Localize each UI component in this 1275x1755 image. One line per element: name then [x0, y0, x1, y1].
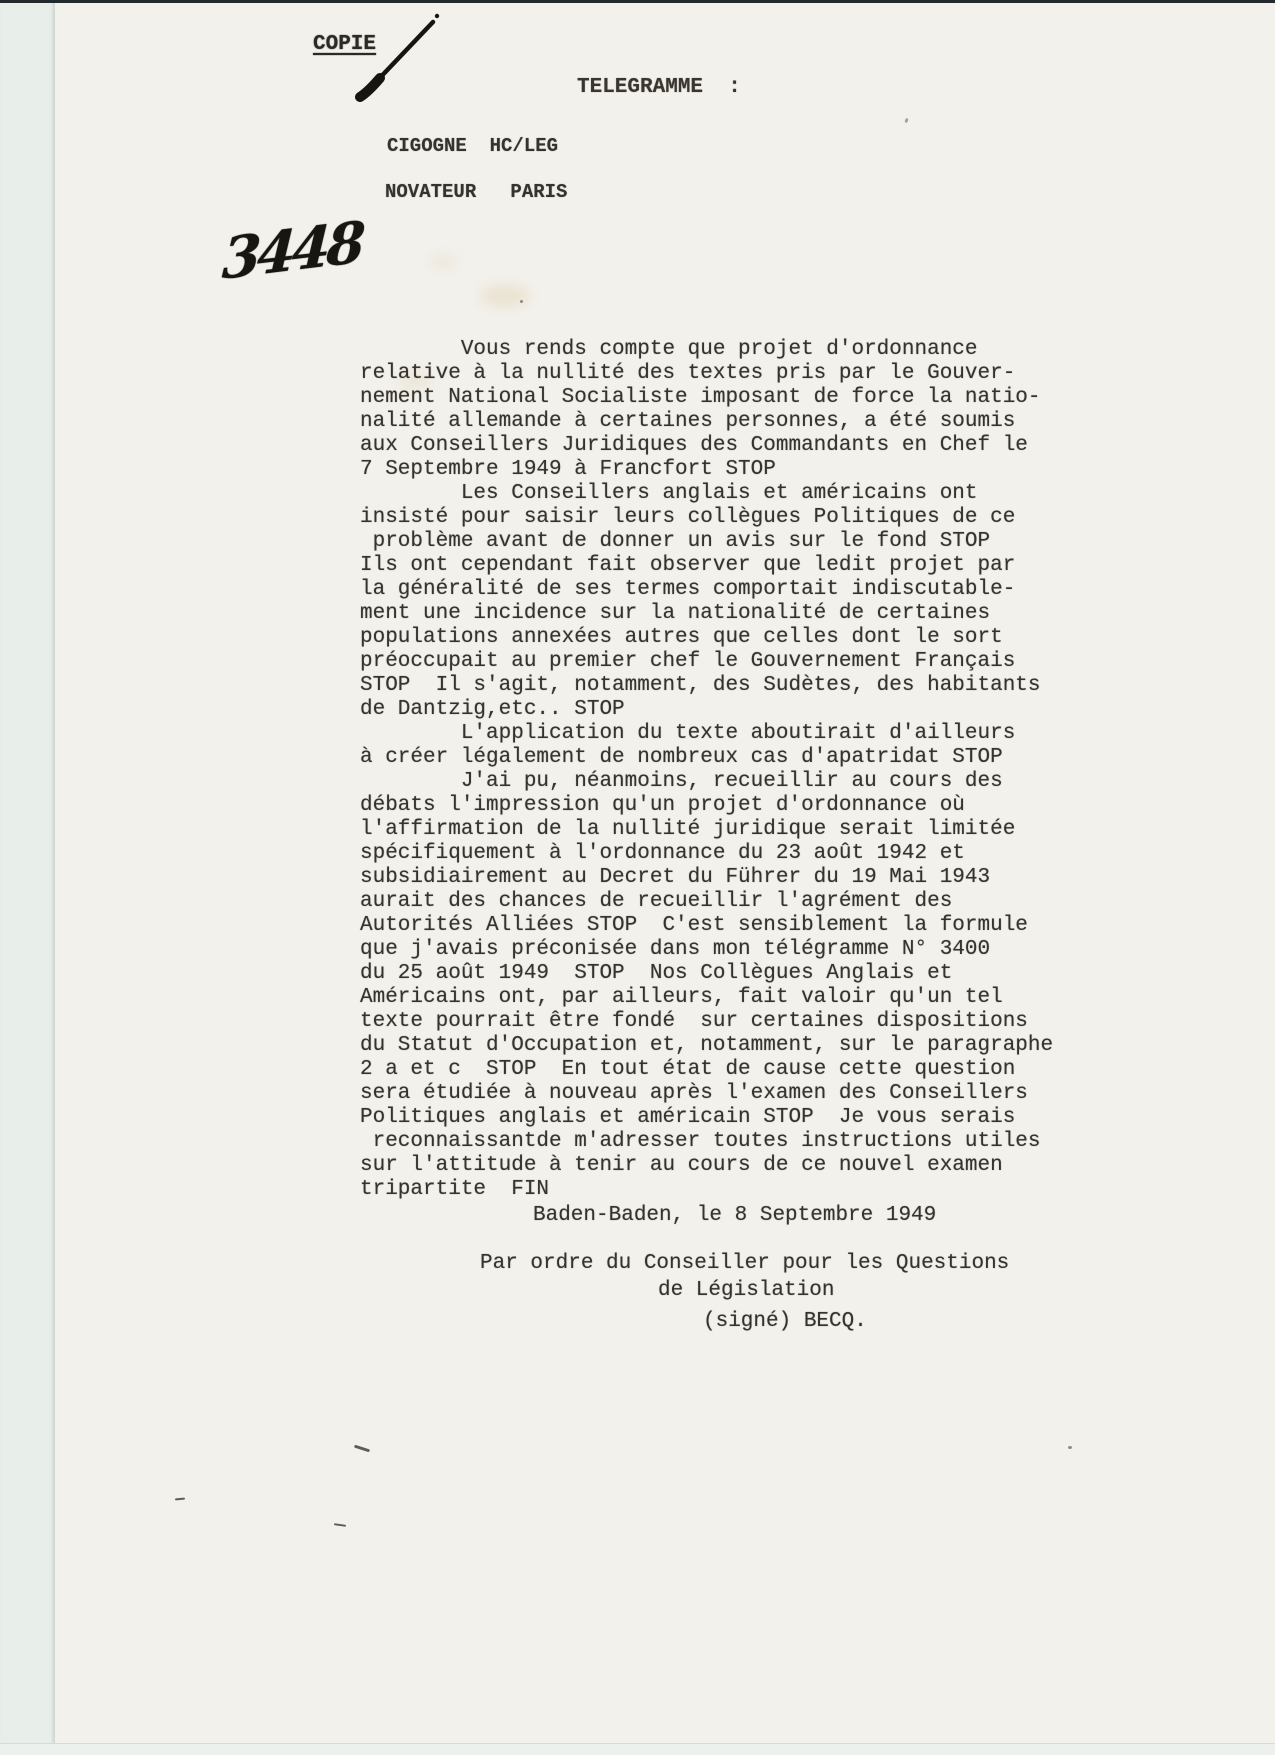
recipient-line-1: CIGOGNE HC/LEG	[387, 134, 558, 158]
telegram-document-page: COPIE TELEGRAMME : CIGOGNE HC/LEG NOVATE…	[0, 0, 1275, 1755]
ink-speck	[334, 1523, 346, 1527]
paper-stain	[480, 285, 530, 307]
ink-speck	[904, 118, 909, 124]
pen-slash-mark	[340, 12, 455, 112]
scan-top-edge	[0, 0, 1275, 3]
telegram-title: TELEGRAMME :	[577, 76, 741, 100]
recipient-line-2: NOVATEUR PARIS	[385, 180, 567, 204]
ink-speck	[354, 1445, 370, 1453]
paper-stain	[430, 255, 456, 269]
ink-speck	[1068, 1446, 1072, 1449]
signature-line: (signé) BECQ.	[703, 1310, 867, 1334]
ink-speck	[175, 1497, 185, 1500]
closing-by-order-line: Par ordre du Conseiller pour les Questio…	[480, 1252, 1009, 1276]
copy-stamp-label: COPIE	[313, 33, 376, 57]
scan-left-edge	[0, 0, 55, 1755]
dateline: Baden-Baden, le 8 Septembre 1949	[533, 1204, 936, 1228]
telegram-body-text: Vous rends compte que projet d'ordonnanc…	[360, 338, 1053, 1202]
closing-legislation-line: de Législation	[658, 1279, 834, 1303]
handwritten-registry-number: 3448	[221, 209, 363, 293]
ink-speck	[520, 300, 523, 303]
paper-bottom-edge	[0, 1743, 1275, 1755]
